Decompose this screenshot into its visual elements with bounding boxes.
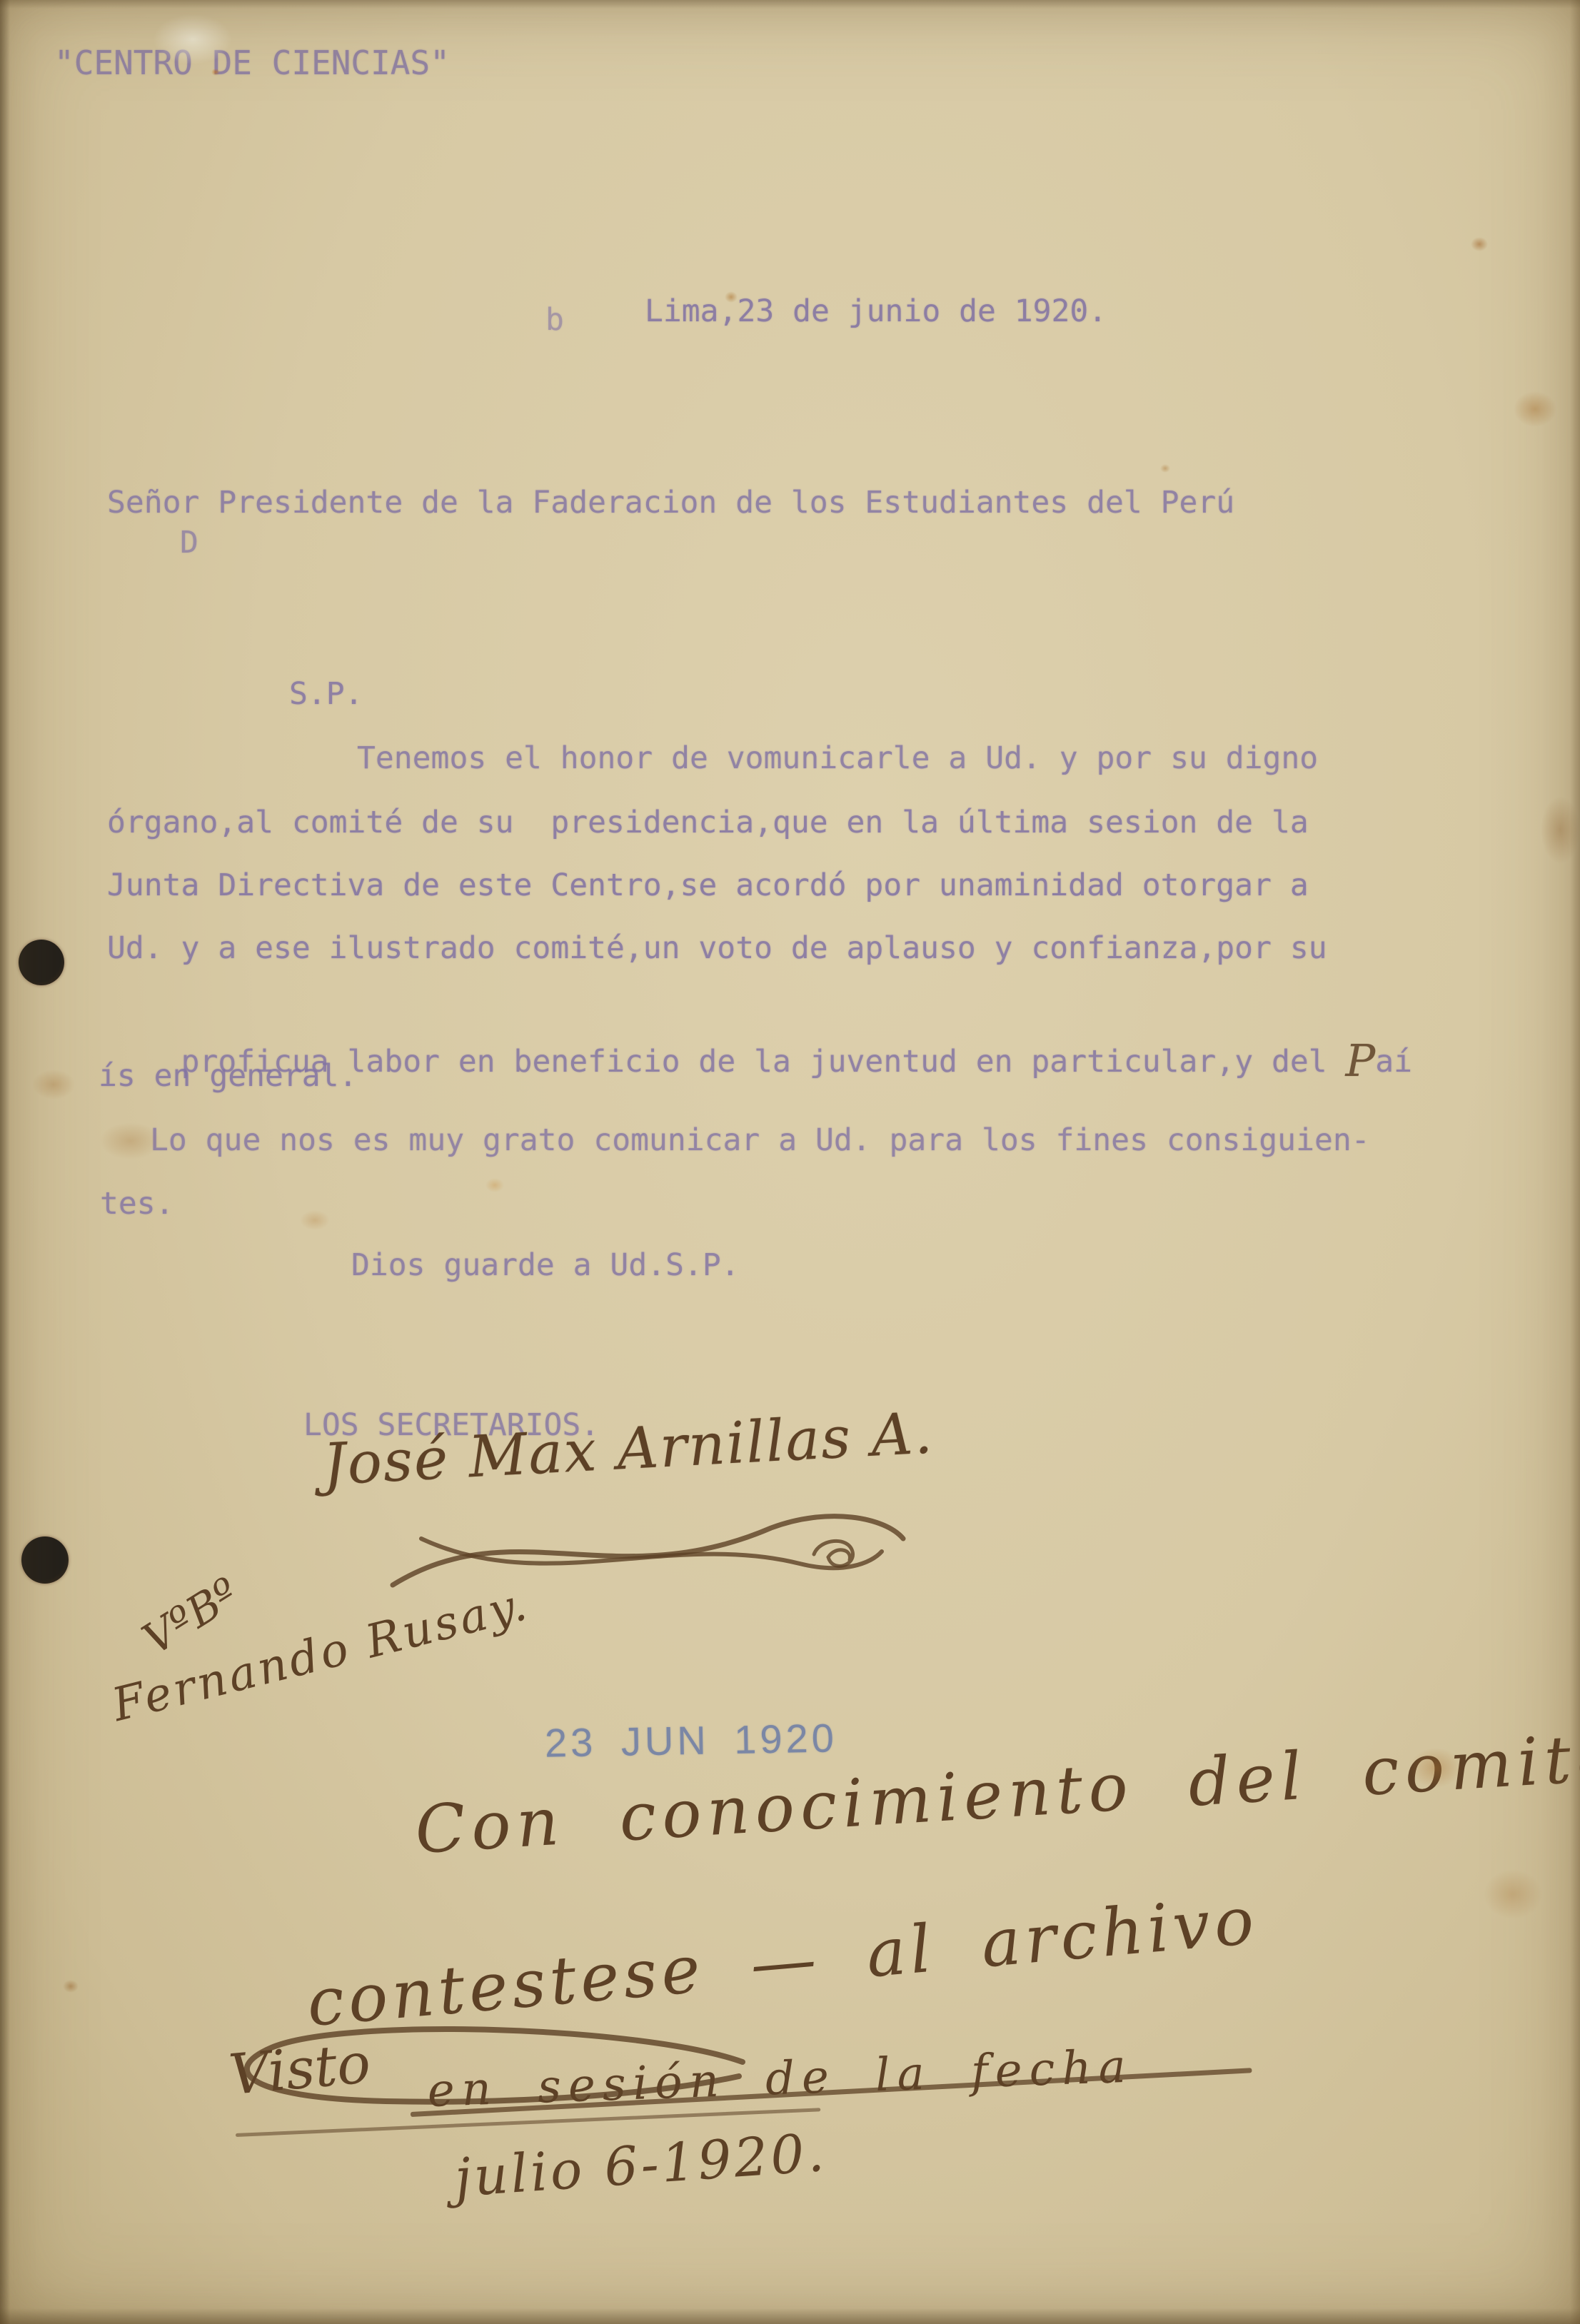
body-line-6: ís en general. [99,1059,357,1094]
letter-page: "CENTRO DE CIENCIAS" b Lima,23 de junio … [0,0,1580,2324]
foxing-spot [32,1070,75,1100]
recipient-line: Señor Presidente de la Faderacion de los… [107,486,1234,520]
dateline: Lima,23 de junio de 1920. [645,294,1107,329]
hole-punch-bottom [21,1536,69,1584]
scan-edge-bottom [0,2308,1580,2324]
foxing-spot [1484,1869,1542,1919]
body-line-7: Lo que nos es muy grato comunicar a Ud. … [150,1123,1370,1158]
scan-edge-right [1570,0,1580,2324]
foxing-spot [1160,464,1170,473]
recipient-overtype-char: D [180,525,198,560]
body-line-8: tes. [100,1187,174,1222]
edge-smudge [1541,796,1580,864]
body-line-2: órgano,al comité de su presidencia,que e… [107,805,1309,840]
foxing-spot [1514,391,1556,427]
closing-line: Dios guarde a Ud.S.P. [351,1248,740,1283]
annotation-line-4: julio 6-1920. [453,2122,829,2209]
annotation-line-2: contestese — al archivo [304,1882,1262,2041]
body-line-5-tail: aí [1375,1044,1412,1080]
received-date-stamp: 23 JUN 1920 [544,1714,837,1766]
body-line-1: Tenemos el honor de vomunicarle a Ud. y … [357,741,1318,776]
handwritten-correction-letter: P [1346,1035,1376,1087]
foxing-spot [300,1210,330,1230]
letterhead: "CENTRO DE CIENCIAS" [54,44,450,82]
dateline-stray-char: b [545,303,564,338]
body-line-5: proficua labor en beneficio de la juvent… [107,996,1412,1117]
scan-edge-top [0,0,1580,9]
hole-punch-top [19,940,64,985]
salutation: S.P. [289,677,363,712]
signature-rubric-flourish [371,1489,942,1603]
body-line-3: Junta Directiva de este Centro,se acordó… [107,868,1309,903]
scan-edge-left [0,0,10,2324]
foxing-spot [1471,237,1488,251]
foxing-spot [485,1178,504,1192]
annotation-line-3-word: Visto [226,2031,373,2108]
body-line-4: Ud. y a ese ilustrado comité,un voto de … [107,931,1327,966]
foxing-spot [63,1980,79,1993]
